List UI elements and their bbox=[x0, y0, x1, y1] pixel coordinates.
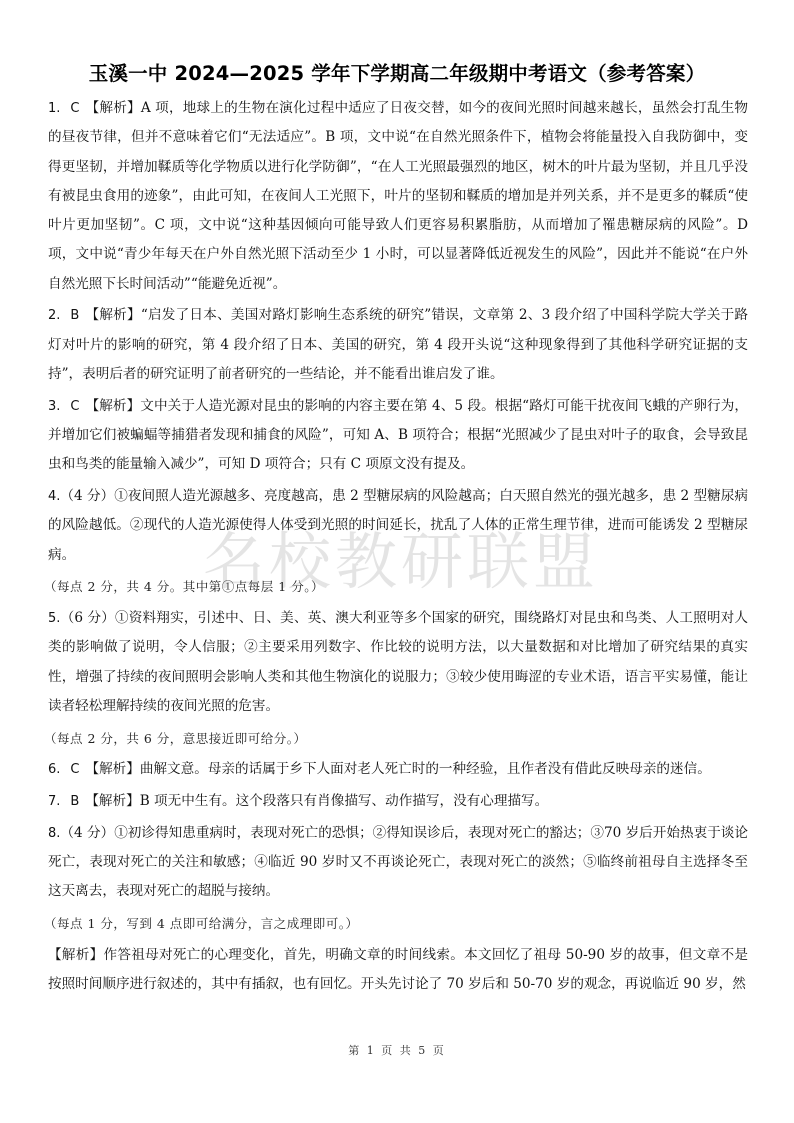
item-answer: C bbox=[70, 399, 79, 414]
answer-content: 1.C【解析】A 项，地球上的生物在演化过程中适应了日夜交替，如今的夜间光照时间… bbox=[48, 94, 748, 1002]
item-number: 1. bbox=[48, 101, 60, 116]
answer-item-8: 8.（4 分）①初诊得知患重病时，表现对死亡的恐惧；②得知误诊后，表现对死亡的豁… bbox=[48, 819, 748, 907]
answer-item-4: 4.（4 分）①夜间照人造光源越多、亮度越高，患 2 型糖尿病的风险越高；白天照… bbox=[48, 482, 748, 570]
item-text: 【解析】A 项，地球上的生物在演化过程中适应了日夜交替，如今的夜间光照时间越来越… bbox=[48, 100, 748, 292]
item-text: （6 分）①资料翔实，引述中、日、美、英、澳大利亚等多个国家的研究，围绕路灯对昆… bbox=[48, 610, 748, 714]
item-number: 5. bbox=[48, 611, 60, 626]
item-text: 【解析】文中关于人造光源对昆虫的影响的内容主要在第 4、5 段。根据“路灯可能干… bbox=[48, 398, 748, 473]
analysis-paragraph: 【解析】作答祖母对死亡的心理变化，首先，明确文章的时间线索。本文回忆了祖母 50… bbox=[48, 941, 748, 1000]
scoring-note-4: （每点 2 分，共 4 分。其中第①点每层 1 分。） bbox=[44, 572, 748, 601]
item-answer: C bbox=[70, 101, 79, 116]
answer-item-7: 7.B【解析】B 项无中生有。这个段落只有肖像描写、动作描写，没有心理描写。 bbox=[48, 787, 748, 816]
item-text: 【解析】“启发了日本、美国对路灯影响生态系统的研究”错误，文章第 2、3 段介绍… bbox=[48, 307, 748, 382]
item-number: 2. bbox=[48, 308, 60, 323]
answer-item-1: 1.C【解析】A 项，地球上的生物在演化过程中适应了日夜交替，如今的夜间光照时间… bbox=[48, 94, 748, 299]
item-answer: C bbox=[70, 762, 79, 777]
item-number: 7. bbox=[48, 794, 60, 809]
item-text: 【解析】曲解文意。母亲的话属于乡下人面对老人死亡时的一种经验，且作者没有借此反映… bbox=[85, 761, 710, 777]
item-number: 4. bbox=[48, 489, 60, 504]
item-number: 3. bbox=[48, 399, 60, 414]
answer-item-6: 6.C【解析】曲解文意。母亲的话属于乡下人面对老人死亡时的一种经验，且作者没有借… bbox=[48, 755, 748, 784]
answer-item-3: 3.C【解析】文中关于人造光源对昆虫的影响的内容主要在第 4、5 段。根据“路灯… bbox=[48, 392, 748, 480]
item-text: （4 分）①夜间照人造光源越多、亮度越高，患 2 型糖尿病的风险越高；白天照自然… bbox=[48, 488, 748, 563]
answer-item-2: 2.B【解析】“启发了日本、美国对路灯影响生态系统的研究”错误，文章第 2、3 … bbox=[48, 301, 748, 389]
item-text: 【解析】B 项无中生有。这个段落只有肖像描写、动作描写，没有心理描写。 bbox=[85, 793, 548, 809]
item-answer: B bbox=[70, 308, 79, 323]
item-text: （4 分）①初诊得知患重病时，表现对死亡的恐惧；②得知误诊后，表现对死亡的豁达；… bbox=[48, 825, 748, 900]
scoring-note-5: （每点 2 分，共 6 分，意思接近即可给分。） bbox=[44, 724, 748, 753]
page-footer: 第 1 页 共 5 页 bbox=[0, 1042, 794, 1058]
scoring-note-8: （每点 1 分，写到 4 点即可给满分，言之成理即可。） bbox=[44, 909, 748, 938]
item-number: 6. bbox=[48, 762, 60, 777]
item-number: 8. bbox=[48, 826, 60, 841]
document-title: 玉溪一中 2024—2025 学年下学期高二年级期中考语文（参考答案） bbox=[0, 58, 794, 86]
answer-item-5: 5.（6 分）①资料翔实，引述中、日、美、英、澳大利亚等多个国家的研究，围绕路灯… bbox=[48, 604, 748, 721]
item-answer: B bbox=[70, 794, 79, 809]
